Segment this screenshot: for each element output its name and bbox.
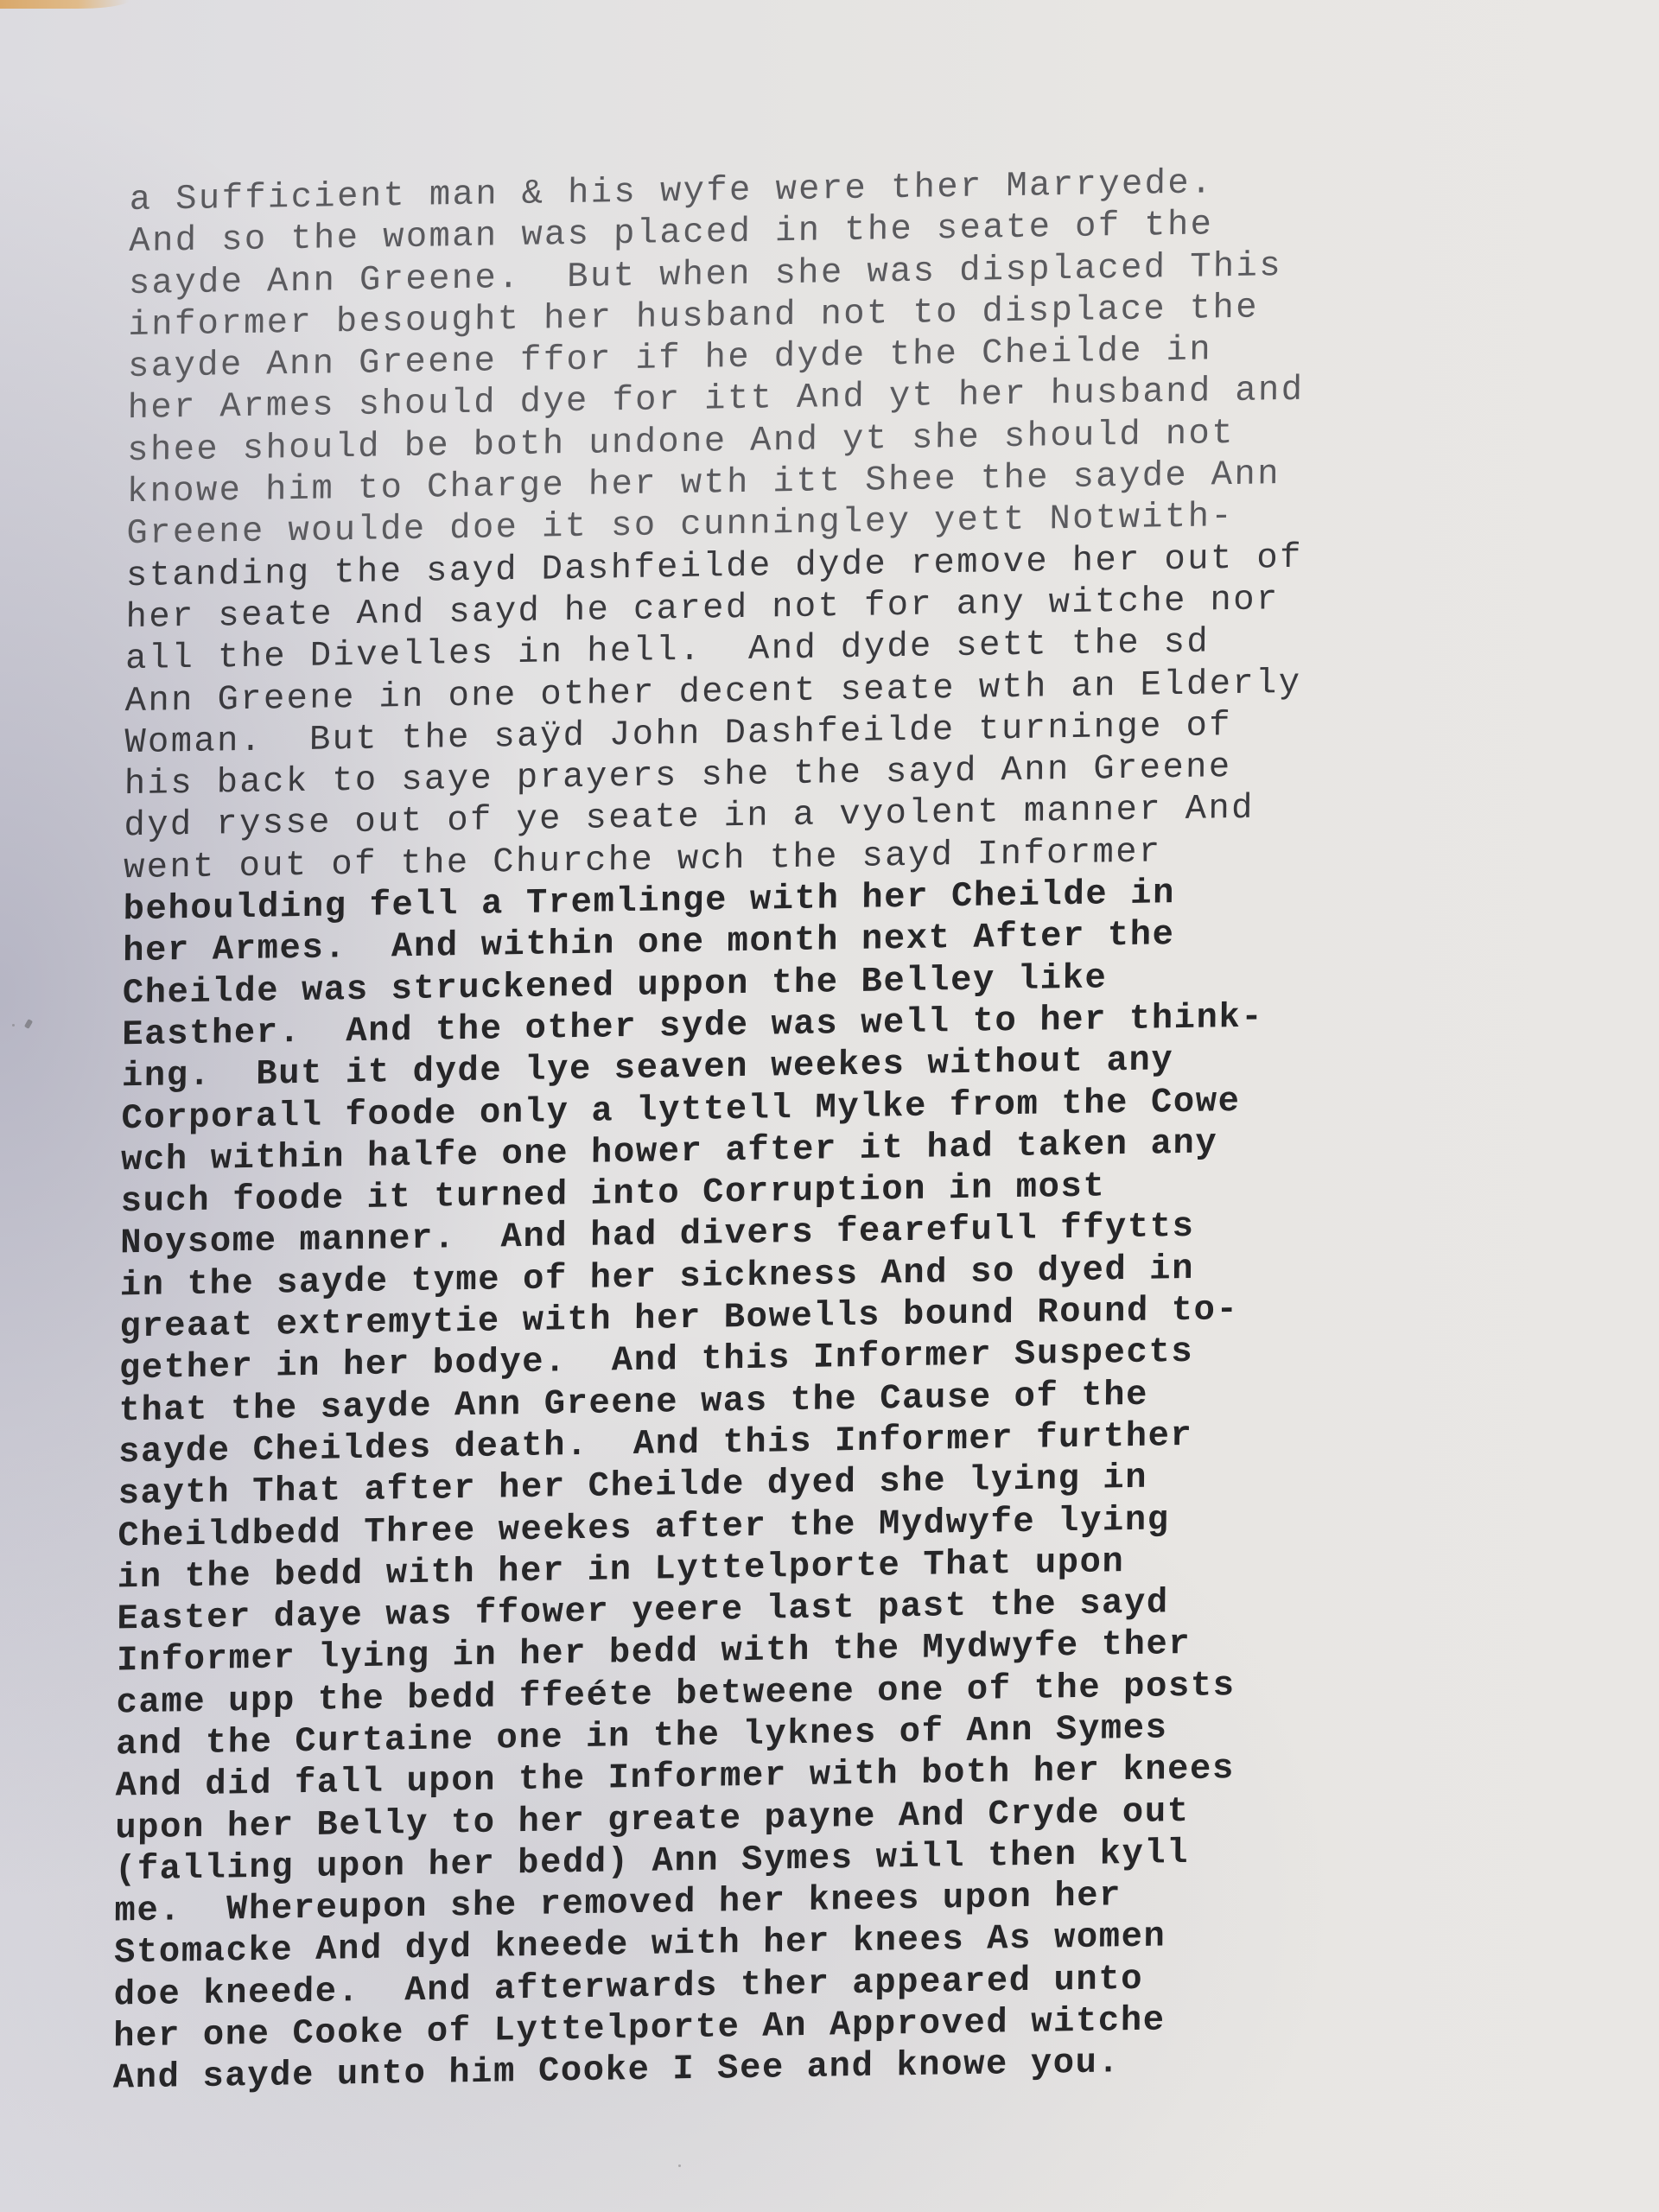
corner-object-artifact	[0, 0, 130, 9]
paper-speck	[678, 2164, 681, 2167]
typewritten-text-block: a Sufficient man & his wyfe were ther Ma…	[113, 158, 1478, 2100]
paper-mark	[24, 1019, 33, 1029]
photographed-page: a Sufficient man & his wyfe were ther Ma…	[0, 0, 1659, 2212]
paper-speck	[12, 1024, 15, 1027]
